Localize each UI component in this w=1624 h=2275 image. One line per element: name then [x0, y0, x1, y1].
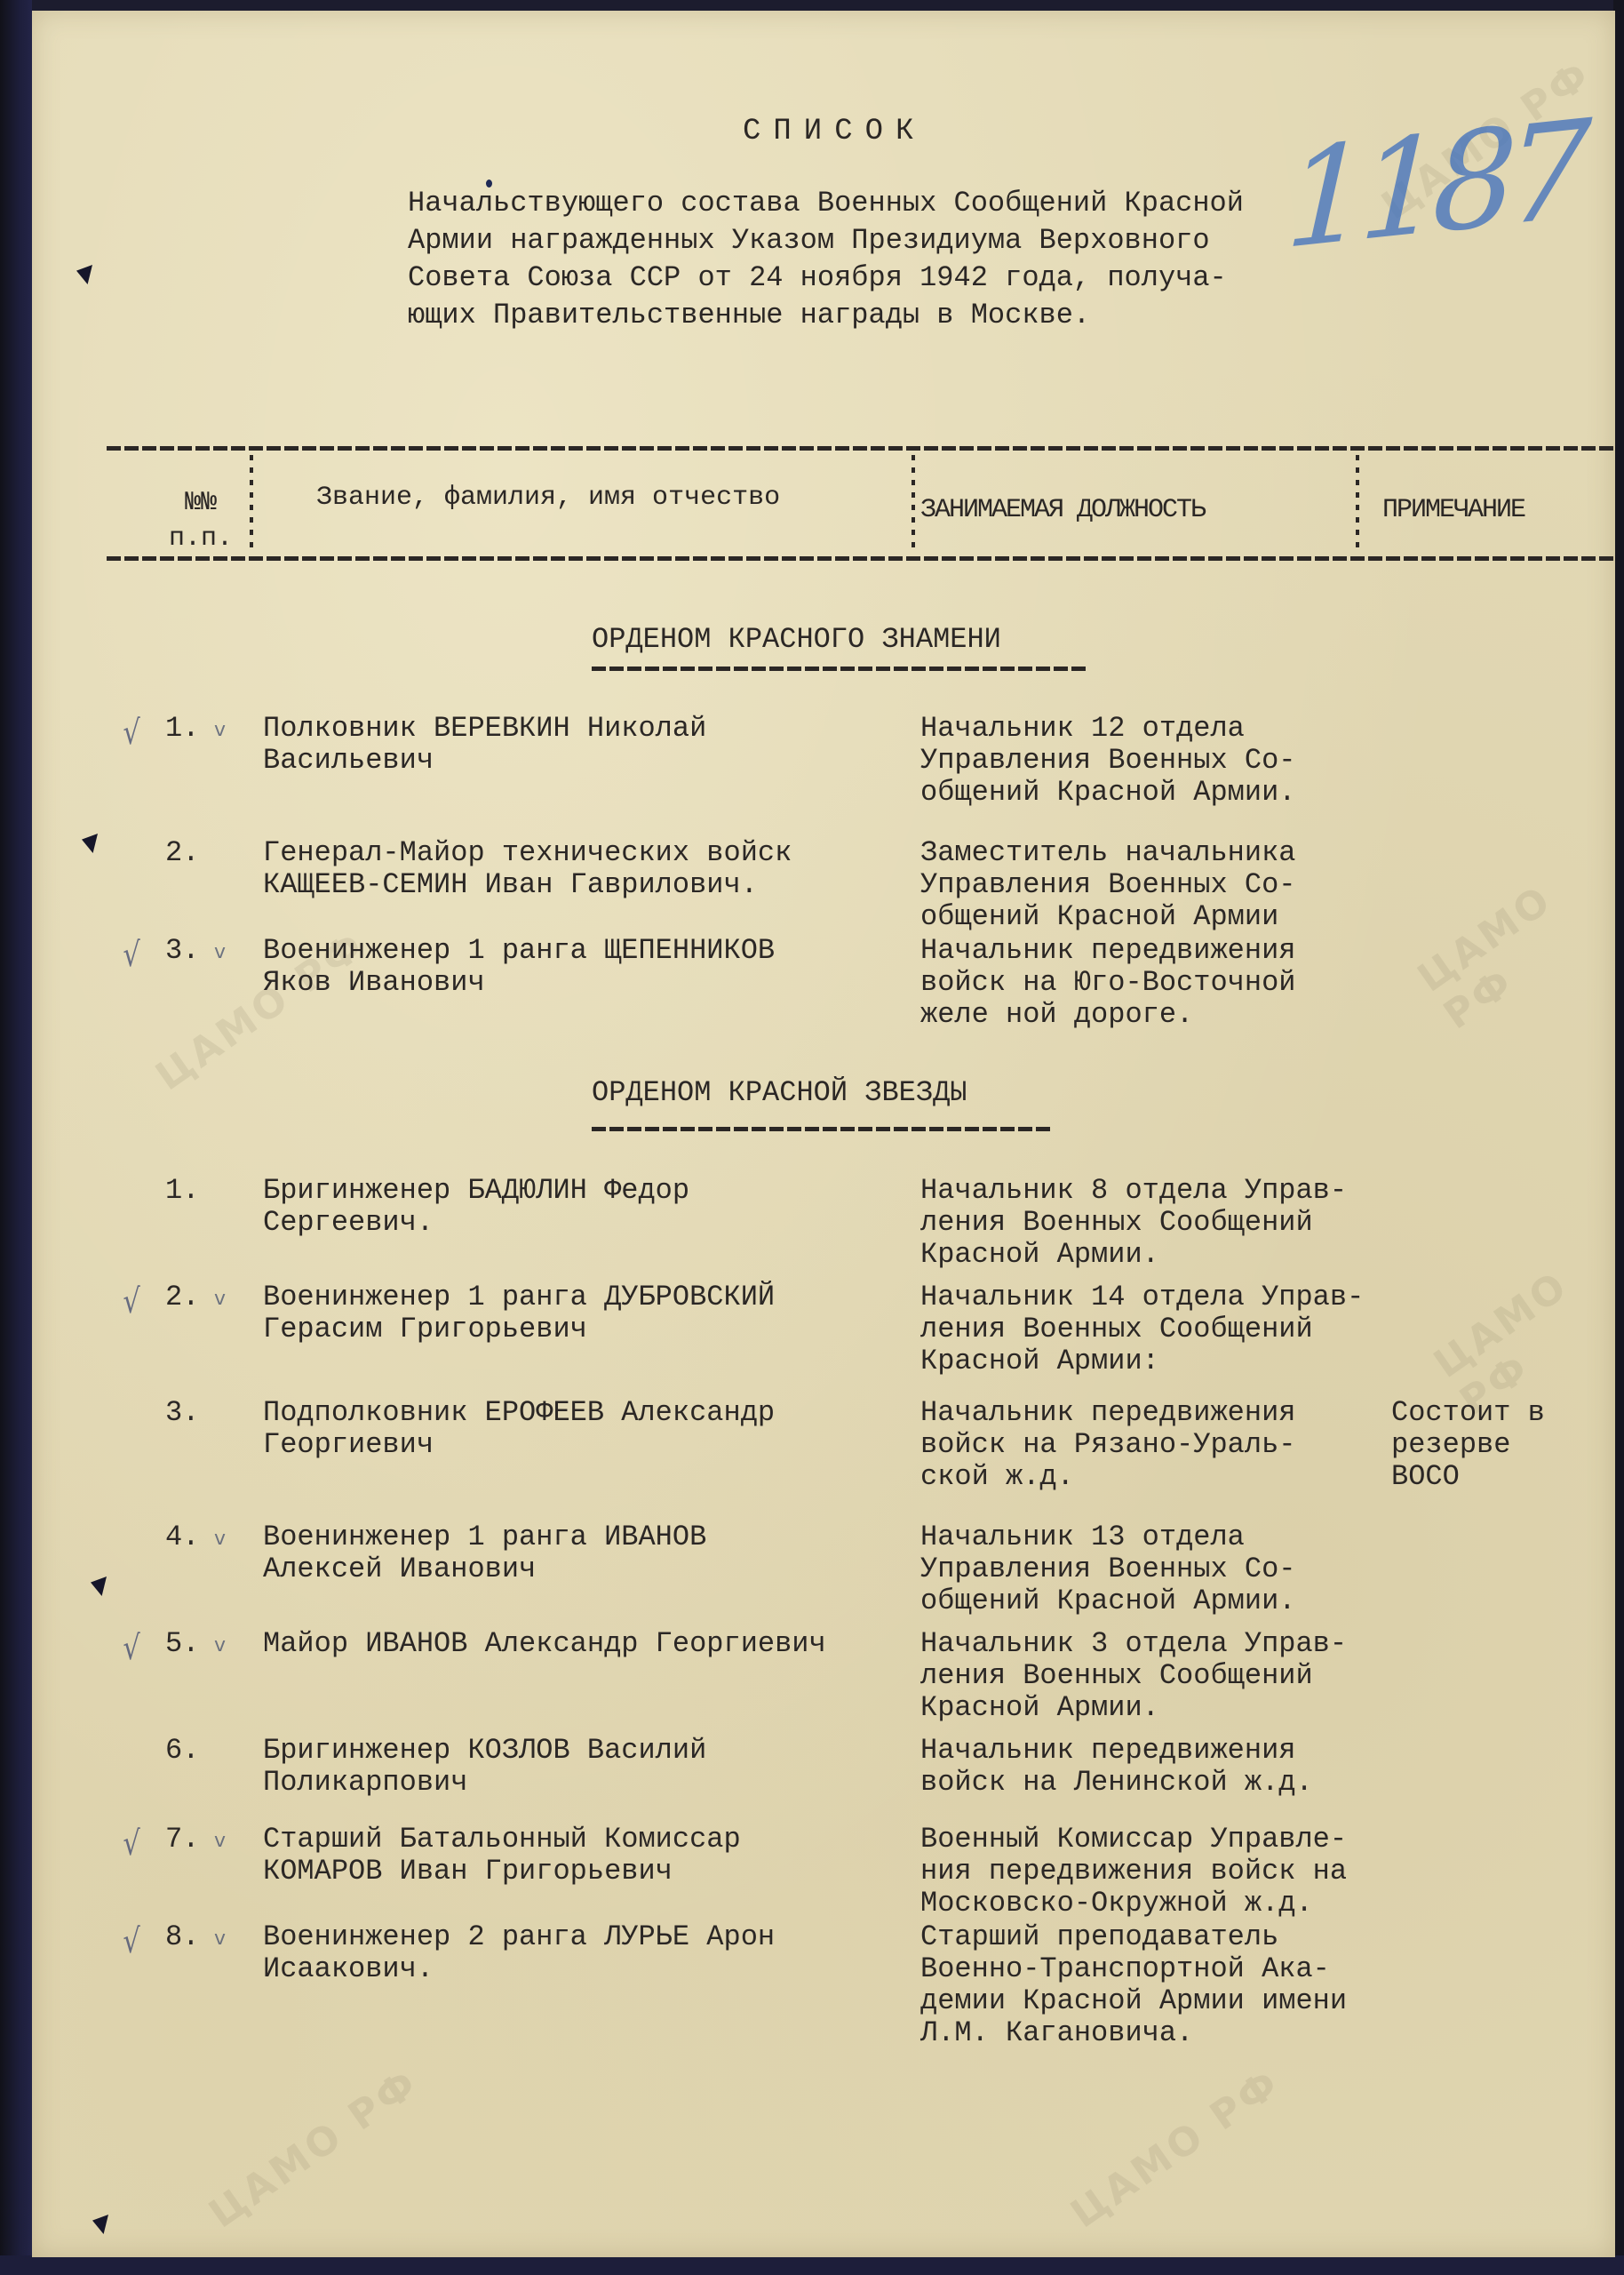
- section-title-red-banner: ОРДЕНОМ КРАСНОГО ЗНАМЕНИ: [592, 624, 1001, 656]
- header-number: №№ п.п.: [165, 485, 236, 556]
- entry-position: Начальник передвижения войск на Юго-Вост…: [920, 935, 1418, 1031]
- punch-hole: [91, 1577, 107, 1596]
- entry-number: 8.: [165, 1921, 227, 1953]
- header-top-rule: [107, 446, 1615, 451]
- handwritten-check-icon: √: [123, 938, 139, 970]
- entry-name: Подполковник ЕРОФЕЕВ Александр Георгиеви…: [263, 1397, 903, 1461]
- entry-position: Начальник передвижения войск на Ленинско…: [920, 1735, 1418, 1799]
- handwritten-check-icon: √: [123, 1827, 139, 1859]
- entry-number: 2.: [165, 1281, 227, 1313]
- entry-name: Майор ИВАНОВ Александр Георгиевич: [263, 1628, 903, 1660]
- entry-name: Бригинженер КОЗЛОВ Василий Поликарпович: [263, 1735, 903, 1799]
- entry-number: 1.: [165, 713, 227, 745]
- entry-number: 7.: [165, 1824, 227, 1856]
- entry-number: 2.: [165, 837, 227, 869]
- handwritten-check-icon: √: [123, 1925, 139, 1957]
- entry-position: Старший преподаватель Военно-Транспортно…: [920, 1921, 1418, 2049]
- header-name: Звание, фамилия, имя отчество: [316, 480, 780, 515]
- handwritten-check-icon: √: [123, 1285, 139, 1317]
- entry-name: Военинженер 1 ранга ДУБРОВСКИЙ Герасим Г…: [263, 1281, 903, 1345]
- entry-name: Генерал-Майор технических войск КАЩЕЕВ-С…: [263, 837, 903, 901]
- section-underline: [592, 667, 1089, 671]
- entry-number: 3.: [165, 1397, 227, 1429]
- section-underline: [592, 1127, 1054, 1131]
- section-title-red-star: ОРДЕНОМ КРАСНОЙ ЗВЕЗДЫ: [592, 1077, 967, 1109]
- header-bottom-rule: [107, 556, 1615, 561]
- punch-hole: [76, 265, 92, 284]
- entry-position: Заместитель начальника Управления Военны…: [920, 837, 1418, 933]
- handwritten-archive-number: 1187: [1283, 92, 1583, 279]
- entry-name: Военинженер 1 ранга ЩЕПЕННИКОВ Яков Иван…: [263, 935, 903, 999]
- watermark: ЦАМО РФ: [1063, 2060, 1289, 2238]
- watermark: ЦАМО РФ: [1410, 851, 1623, 1039]
- punch-hole: [82, 834, 98, 853]
- entry-number: 3.: [165, 935, 227, 967]
- entry-position: Начальник 14 отдела Управ- ления Военных…: [920, 1281, 1418, 1377]
- entry-name: Полковник ВЕРЕВКИН Николай Васильевич: [263, 713, 903, 777]
- entry-position: Начальник 12 отдела Управления Военных С…: [920, 713, 1418, 809]
- entry-position: Начальник 13 отдела Управления Военных С…: [920, 1521, 1418, 1617]
- column-divider: [1356, 455, 1359, 555]
- entry-position: Военный Комиссар Управле- ния передвижен…: [920, 1824, 1418, 1920]
- entry-name: Бригинженер БАДЮЛИН Федор Сергеевич.: [263, 1175, 903, 1239]
- entry-position: Начальник передвижения войск на Рязано-У…: [920, 1397, 1418, 1493]
- document-subtitle: Начальствующего состава Военных Сообщени…: [408, 185, 1385, 334]
- scan-bottom-border: [0, 2255, 1624, 2275]
- entry-name: Военинженер 2 ранга ЛУРЬЕ Арон Исаакович…: [263, 1921, 903, 1985]
- handwritten-check-icon: √: [123, 716, 139, 748]
- entry-position: Начальник 8 отдела Управ- ления Военных …: [920, 1175, 1418, 1271]
- column-divider: [912, 455, 915, 555]
- entry-number: 4.: [165, 1521, 227, 1553]
- watermark: ЦАМО РФ: [201, 2060, 427, 2238]
- entry-position: Начальник 3 отдела Управ- ления Военных …: [920, 1628, 1418, 1724]
- entry-name: Военинженер 1 ранга ИВАНОВ Алексей Ивано…: [263, 1521, 903, 1585]
- scan-left-border: [0, 0, 32, 2275]
- entry-name: Старший Батальонный Комиссар КОМАРОВ Ива…: [263, 1824, 903, 1888]
- entry-number: 1.: [165, 1175, 227, 1207]
- header-note: ПРИМЕЧАНИЕ: [1382, 492, 1524, 528]
- punch-hole: [92, 2215, 108, 2234]
- handwritten-check-icon: √: [123, 1632, 139, 1664]
- document-title: СПИСОК: [743, 116, 926, 148]
- column-divider: [250, 455, 253, 555]
- header-position: ЗАНИМАЕМАЯ ДОЛЖНОСТЬ: [920, 492, 1205, 528]
- entry-number: 5.: [165, 1628, 227, 1660]
- entry-number: 6.: [165, 1735, 227, 1767]
- entry-note: Состоит в резерве ВОСО: [1391, 1397, 1613, 1493]
- document-page: ЦАМО РФ ЦАМО РФ ЦАМО РФ ЦАМО РФ ЦАМО РФ …: [32, 11, 1615, 2257]
